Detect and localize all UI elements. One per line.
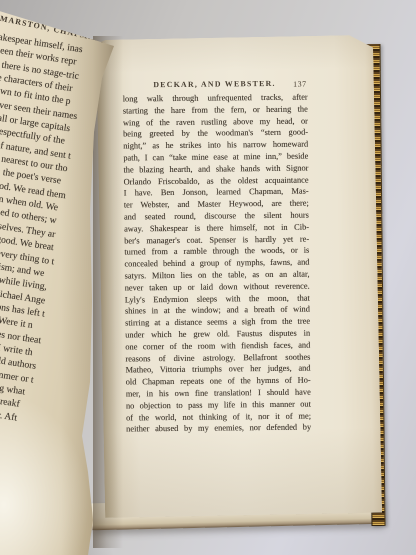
text-line: neither abused by my enemies, nor defend… <box>126 423 311 437</box>
right-page-text-block: long walk through unfrequented tracks, a… <box>123 93 312 437</box>
book-photo: DECKAR, AND WEBSTER. 137 long walk throu… <box>0 0 416 555</box>
page-number: 137 <box>293 79 307 88</box>
right-page-header-row: DECKAR, AND WEBSTER. 137 <box>123 79 307 93</box>
gutter-shadow <box>93 36 123 548</box>
right-page: DECKAR, AND WEBSTER. 137 long walk throu… <box>96 35 382 518</box>
right-page-surface: DECKAR, AND WEBSTER. 137 long walk throu… <box>98 36 380 517</box>
running-header: DECKAR, AND WEBSTER. <box>123 79 307 90</box>
